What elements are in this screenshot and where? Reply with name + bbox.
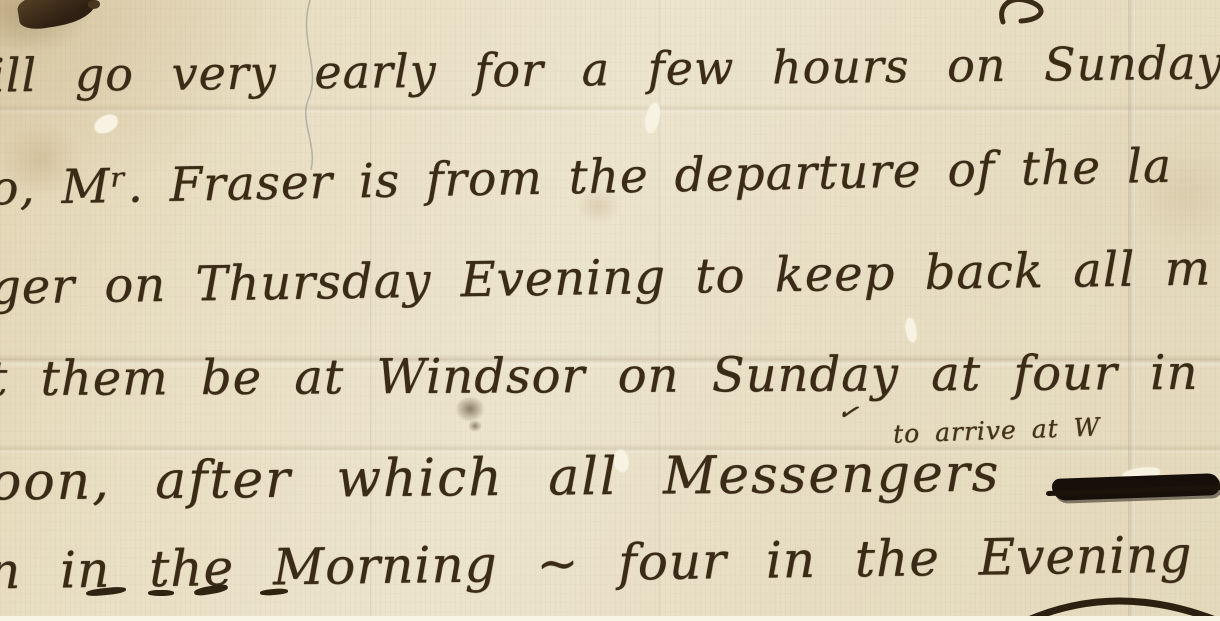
paper-fleck (904, 317, 919, 343)
insertion-caret-mark: ✓ (836, 398, 862, 426)
letter-line: ill go very early for a few hours on Sun… (0, 39, 1220, 98)
torn-corner-mark (16, 0, 98, 32)
scan-edge-strip (0, 616, 1220, 621)
letter-line: oon, after which all Messengers (0, 448, 1001, 509)
paper-fleck (92, 112, 120, 135)
ink-smudge (468, 420, 482, 432)
cutoff-flourish-top (995, 0, 1075, 30)
cutoff-stroke-bottom (148, 590, 174, 596)
letter-photo: ill go very early for a few hours on Sun… (0, 0, 1220, 621)
letter-line: n in the Morning ~ four in the Evening (0, 530, 1193, 597)
horizontal-crease (0, 104, 1220, 114)
letter-line: o, Mʳ. Fraser is from the departure of t… (0, 143, 1172, 213)
letter-line: t them be at Windsor on Sunday at four i… (0, 349, 1199, 403)
letter-line: ger on Thursday Evening to keep back all… (0, 244, 1212, 311)
paper-fleck (644, 102, 661, 134)
interline-insertion-text: to arrive at W (893, 414, 1101, 446)
ink-speck (88, 0, 100, 9)
